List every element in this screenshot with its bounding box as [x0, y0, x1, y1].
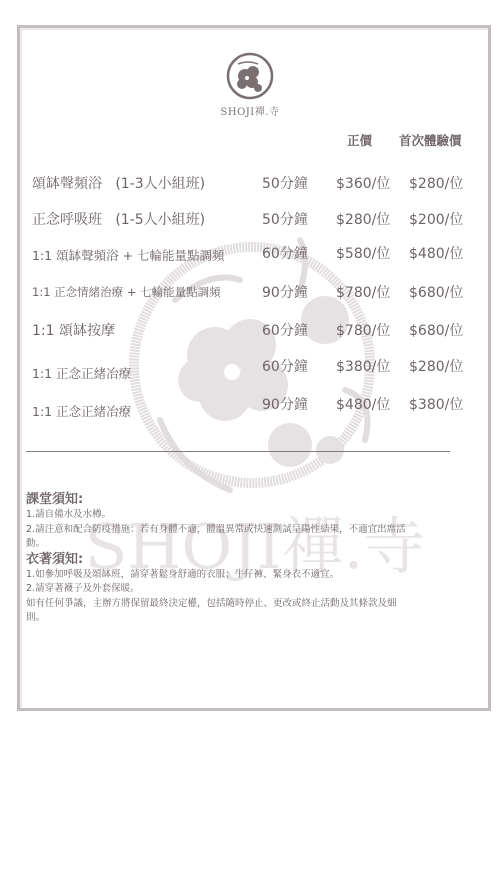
class-note-item: 2.請注意和配合防疫措施：若有身體不適，體溫異常或快速測試呈陽性結果，不適宜出席…: [26, 523, 406, 552]
service-name: 1:1 正念情緒治療 + 七輪能量點調頻: [32, 284, 221, 300]
trial-price: $680/位: [409, 282, 463, 302]
price-row: 1:1 正念正緒冶療 60分鐘 $380/位 $280/位: [0, 362, 500, 384]
regular-price: $280/位: [336, 209, 390, 229]
trial-price: $380/位: [409, 394, 463, 414]
service-duration: 60分鐘: [262, 356, 308, 376]
service-name: 1:1 正念正緒冶療: [32, 402, 131, 420]
service-duration: 90分鐘: [262, 394, 308, 414]
trial-price: $280/位: [409, 173, 463, 193]
attire-notes-title: 衣著須知:: [26, 552, 406, 568]
price-row: 正念呼吸班 (1-5人小組班) 50分鐘 $280/位 $200/位: [0, 209, 500, 231]
price-row: 1:1 頌缽聲頻浴 + 七輪能量點調頻 60分鐘 $580/位 $480/位: [0, 246, 500, 268]
trial-price: $480/位: [409, 243, 463, 263]
price-row: 1:1 頌缽按摩 60分鐘 $780/位 $680/位: [0, 320, 500, 342]
section-divider: [26, 451, 450, 452]
service-duration: 50分鐘: [262, 173, 308, 193]
service-name: 頌缽聲頻浴 (1-3人小組班): [32, 173, 205, 193]
service-name: 1:1 正念正緒冶療: [32, 364, 131, 382]
trial-price: $680/位: [409, 320, 463, 340]
trial-price: $200/位: [409, 209, 463, 229]
service-duration: 60分鐘: [262, 320, 308, 340]
regular-price: $780/位: [336, 282, 390, 302]
service-name: 1:1 頌缽按摩: [32, 320, 115, 340]
service-duration: 60分鐘: [262, 243, 308, 263]
column-header-trial-price: 首次體驗價: [399, 131, 462, 149]
price-row: 頌缽聲頻浴 (1-3人小組班) 50分鐘 $360/位 $280/位: [0, 173, 500, 195]
service-duration: 50分鐘: [262, 209, 308, 229]
regular-price: $480/位: [336, 394, 390, 414]
attire-note-item: 2.請穿著襪子及外套保暖。: [26, 582, 406, 597]
regular-price: $380/位: [336, 356, 390, 376]
brand-name: SHOJI禪.寺: [200, 103, 300, 118]
price-row: 1:1 正念正緒冶療 90分鐘 $480/位 $380/位: [0, 400, 500, 422]
disclaimer-text: 如有任何爭議，主辦方將保留最終決定權，包括隨時停止、更改或終止活動及其條款及細則…: [26, 597, 406, 626]
regular-price: $780/位: [336, 320, 390, 340]
regular-price: $580/位: [336, 243, 390, 263]
service-duration: 90分鐘: [262, 282, 308, 302]
column-header-regular-price: 正價: [347, 131, 372, 149]
attire-note-item: 1.如參加呼吸及頌缽班，請穿著鬆身舒適的衣服；牛仔褲、緊身衣不適宜。: [26, 568, 406, 583]
notes-section: 課堂須知: 1.請自備水及水樽。 2.請注意和配合防疫措施：若有身體不適，體溫異…: [26, 492, 406, 626]
service-name: 1:1 頌缽聲頻浴 + 七輪能量點調頻: [32, 246, 225, 264]
class-notes-title: 課堂須知:: [26, 492, 406, 508]
regular-price: $360/位: [336, 173, 390, 193]
trial-price: $280/位: [409, 356, 463, 376]
price-row: 1:1 正念情緒治療 + 七輪能量點調頻 90分鐘 $780/位 $680/位: [0, 284, 500, 306]
service-name: 正念呼吸班 (1-5人小組班): [32, 209, 205, 229]
class-note-item: 1.請自備水及水樽。: [26, 508, 406, 523]
